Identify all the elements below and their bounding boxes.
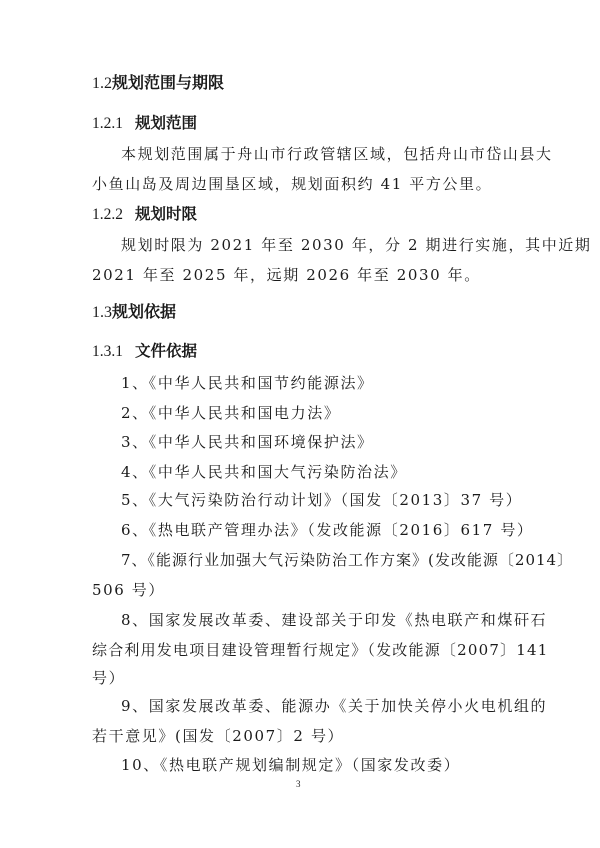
reference-item-4: 4、《中华人民共和国大气污染防治法》 (121, 462, 407, 482)
page-number: 3 (296, 779, 301, 789)
document-page: 1.2规划范围与期限 1.2.1规划范围 本规划范围属于舟山市行政管辖区域，包括… (0, 0, 600, 848)
reference-item-2: 2、《中华人民共和国电力法》 (121, 403, 340, 423)
heading-number: 1.3 (92, 304, 112, 321)
heading-1-2-2: 1.2.2规划时限 (92, 204, 197, 225)
reference-item-7-cont: 506 号） (92, 580, 165, 600)
heading-number: 1.3.1 (92, 343, 123, 360)
heading-number: 1.2.1 (92, 115, 123, 132)
heading-1-3-1: 1.3.1文件依据 (92, 341, 197, 362)
reference-item-1: 1、《中华人民共和国节约能源法》 (121, 373, 374, 393)
reference-item-8-cont: 综合利用发电项目建设管理暂行规定》（发改能源〔2007〕141 (92, 640, 549, 660)
reference-item-8-cont: 号） (92, 668, 125, 688)
heading-1-2: 1.2规划范围与期限 (92, 73, 224, 94)
reference-item-9: 9、国家发展改革委、能源办《关于加快关停小火电机组的 (121, 696, 547, 716)
paragraph-line: 2021 年至 2025 年，远期 2026 年至 2030 年。 (92, 265, 481, 285)
heading-1-3: 1.3规划依据 (92, 302, 176, 323)
heading-number: 1.2 (92, 75, 112, 92)
heading-number: 1.2.2 (92, 206, 123, 223)
heading-title: 规划依据 (112, 302, 176, 321)
reference-item-10: 10、《热电联产规划编制规定》（国家发改委） (121, 755, 460, 775)
heading-title: 规划范围 (135, 114, 197, 132)
paragraph-line: 本规划范围属于舟山市行政管辖区域，包括舟山市岱山县大 (121, 144, 553, 164)
reference-item-3: 3、《中华人民共和国环境保护法》 (121, 432, 374, 452)
heading-1-2-1: 1.2.1规划范围 (92, 113, 197, 134)
reference-item-6: 6、《热电联产管理办法》（发改能源〔2016〕617 号） (121, 520, 534, 540)
paragraph-line: 小鱼山岛及周边围垦区域，规划面积约 41 平方公里。 (92, 174, 492, 194)
heading-title: 规划范围与期限 (112, 73, 224, 92)
heading-title: 文件依据 (135, 342, 197, 360)
reference-item-5: 5、《大气污染防治行动计划》（国发〔2013〕37 号） (121, 490, 522, 510)
heading-title: 规划时限 (135, 205, 197, 223)
paragraph-line: 规划时限为 2021 年至 2030 年，分 2 期进行实施，其中近期 (121, 235, 592, 255)
reference-item-7: 7、《能源行业加强大气污染防治工作方案》(发改能源〔2014〕 (121, 550, 573, 570)
reference-item-8: 8、国家发展改革委、建设部关于印发《热电联产和煤矸石 (121, 610, 547, 630)
reference-item-9-cont: 若干意见》(国发〔2007〕2 号） (92, 726, 344, 746)
